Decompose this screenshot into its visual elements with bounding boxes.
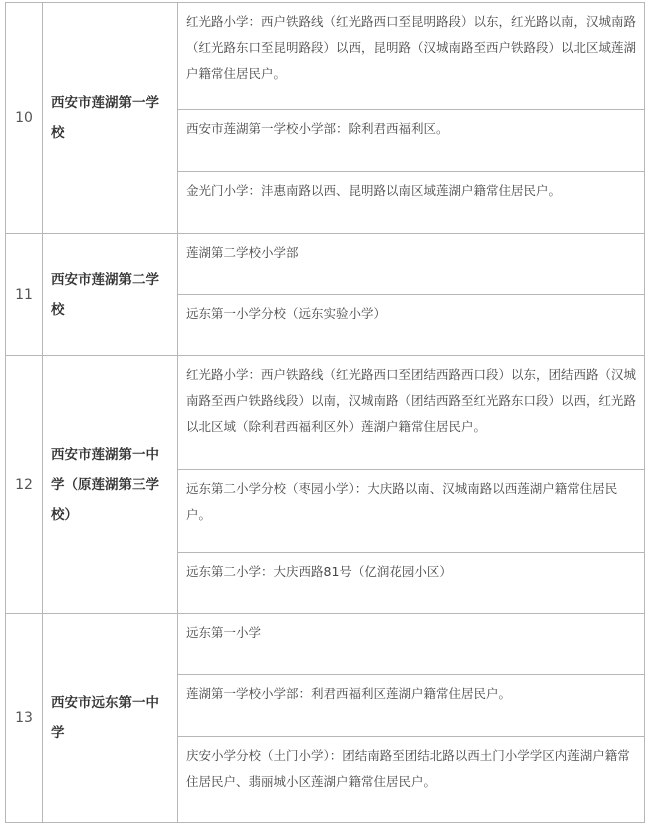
district-description: 莲湖第二学校小学部 — [178, 234, 645, 295]
row-index: 12 — [6, 356, 43, 614]
table-row: 10西安市莲湖第一学校红光路小学：西户铁路线（红光路西口至昆明路段）以东，红光路… — [6, 3, 645, 110]
district-description: 红光路小学：西户铁路线（红光路西口至团结西路西口段）以东，团结西路（汉城南路至西… — [178, 356, 645, 470]
school-name: 西安市莲湖第一学校 — [43, 3, 178, 234]
table-row: 12西安市莲湖第一中学（原莲湖第三学校）红光路小学：西户铁路线（红光路西口至团结… — [6, 356, 645, 470]
district-description: 莲湖第一学校小学部：利君西福利区莲湖户籍常住居民户。 — [178, 675, 645, 737]
row-index: 13 — [6, 614, 43, 823]
school-name: 西安市远东第一中学 — [43, 614, 178, 823]
district-description: 远东第二小学：大庆西路81号（亿润花园小区） — [178, 553, 645, 614]
row-index: 11 — [6, 234, 43, 356]
table-row: 11西安市莲湖第二学校莲湖第二学校小学部 — [6, 234, 645, 295]
school-district-table: 10西安市莲湖第一学校红光路小学：西户铁路线（红光路西口至昆明路段）以东，红光路… — [5, 2, 645, 823]
district-description: 红光路小学：西户铁路线（红光路西口至昆明路段）以东，红光路以南，汉城南路（红光路… — [178, 3, 645, 110]
table-row: 13西安市远东第一中学远东第一小学 — [6, 614, 645, 675]
district-description: 远东第二小学分校（枣园小学）：大庆路以南、汉城南路以西莲湖户籍常住居民户。 — [178, 470, 645, 553]
school-name: 西安市莲湖第二学校 — [43, 234, 178, 356]
table-body: 10西安市莲湖第一学校红光路小学：西户铁路线（红光路西口至昆明路段）以东，红光路… — [6, 3, 645, 823]
district-description: 远东第一小学 — [178, 614, 645, 675]
school-name: 西安市莲湖第一中学（原莲湖第三学校） — [43, 356, 178, 614]
row-index: 10 — [6, 3, 43, 234]
district-description: 庆安小学分校（土门小学）：团结南路至团结北路以西土门小学学区内莲湖户籍常住居民户… — [178, 737, 645, 823]
district-description: 西安市莲湖第一学校小学部：除利君西福利区。 — [178, 110, 645, 172]
district-description: 金光门小学：沣惠南路以西、昆明路以南区域莲湖户籍常住居民户。 — [178, 172, 645, 234]
district-description: 远东第一小学分校（远东实验小学） — [178, 295, 645, 356]
